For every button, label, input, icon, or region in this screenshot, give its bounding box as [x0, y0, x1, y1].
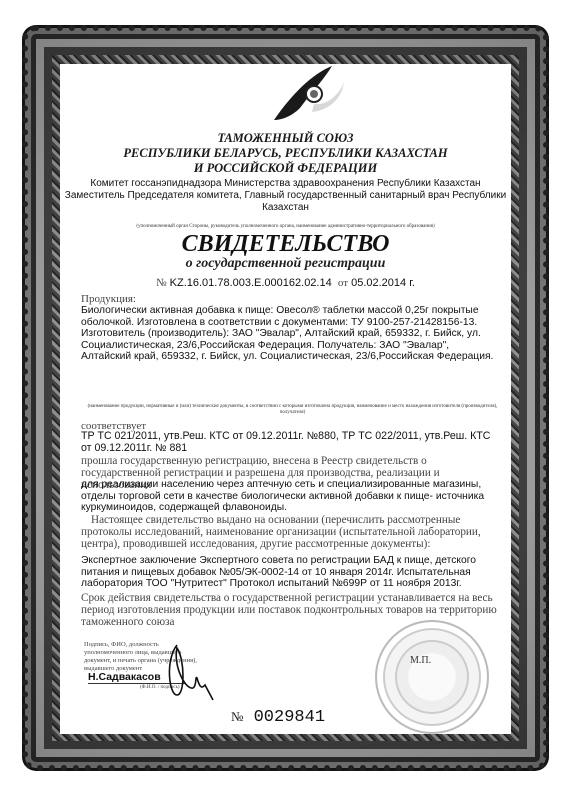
conformity-text: ТР ТС 021/2011, утв.Реш. КТС от 09.12.20…: [81, 431, 501, 454]
header-line-2: РЕСПУБЛИКИ БЕЛАРУСЬ, РЕСПУБЛИКИ КАЗАХСТА…: [60, 146, 511, 161]
authority-line-2: Заместитель Председателя комитета, Главн…: [60, 190, 511, 202]
customs-union-emblem-icon: [252, 64, 352, 126]
serial-no-label: №: [231, 709, 243, 724]
authority-caption: (уполномоченный орган Стороны, руководит…: [60, 224, 511, 230]
header-line-3: И РОССИЙСКОЙ ФЕДЕРАЦИИ: [60, 161, 511, 176]
stamp-label: М.П.: [410, 655, 431, 666]
date-label: от: [338, 277, 348, 289]
certificate-number-line: № KZ.16.01.78.003.E.000162.02.14 от 05.0…: [60, 277, 511, 289]
certificate-number: KZ.16.01.78.003.E.000162.02.14: [170, 277, 332, 289]
basis-text: Экспертное заключение Экспертного совета…: [81, 555, 501, 590]
authority-line-1: Комитет госсанэпиднадзора Министерства з…: [60, 178, 511, 190]
signatory-name: Н.Садвакасов: [88, 671, 161, 683]
basis-label: Настоящее свидетельство выдано на основа…: [81, 514, 501, 550]
certificate-date: 05.02.2014 г.: [351, 277, 415, 289]
serial-number-value: 0029841: [254, 708, 325, 727]
product-caption: (наименование продукции, нормативные и (…: [80, 404, 505, 416]
number-label: №: [156, 277, 167, 289]
handwritten-signature-icon: [155, 640, 215, 705]
document-subtitle: о государственной регистрации: [60, 256, 511, 272]
registration-usage: для реализации населению через аптечную …: [81, 479, 501, 514]
authority-line-3: Казахстан: [60, 202, 511, 214]
header-line-1: ТАМОЖЕННЫЙ СОЮЗ: [60, 131, 511, 146]
serial-number: № 0029841: [231, 708, 325, 727]
product-description: Биологически активная добавка к пище: Ов…: [81, 305, 501, 363]
product-label: Продукция:: [81, 293, 136, 305]
document-title: СВИДЕТЕЛЬСТВО: [60, 231, 511, 258]
official-stamp: [375, 620, 489, 734]
